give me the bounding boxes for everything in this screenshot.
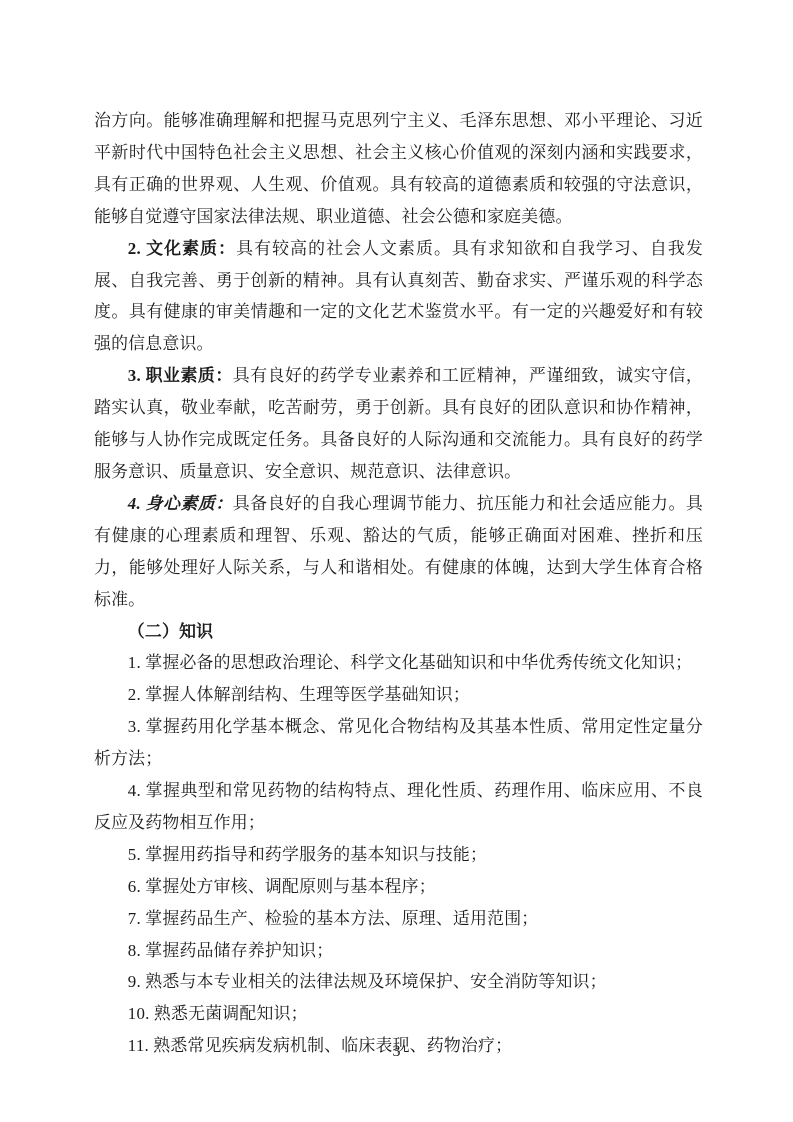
knowledge-item: 8. 掌握药品储存养护知识； [94,935,703,967]
knowledge-item: 5. 掌握用药指导和药学服务的基本知识与技能； [94,839,703,871]
paragraph-text: 治方向。能够准确理解和把握马克思列宁主义、毛泽东思想、邓小平理论、习近平新时代中… [94,111,703,226]
paragraph-lead: 2. 文化素质： [128,239,236,258]
paragraph-political-quality-continued: 治方向。能够准确理解和把握马克思列宁主义、毛泽东思想、邓小平理论、习近平新时代中… [94,105,703,233]
knowledge-item: 3. 掌握药用化学基本概念、常见化合物结构及其基本性质、常用定性定量分析方法； [94,711,703,775]
knowledge-item: 2. 掌握人体解剖结构、生理等医学基础知识； [94,679,703,711]
document-page: 治方向。能够准确理解和把握马克思列宁主义、毛泽东思想、邓小平理论、习近平新时代中… [0,0,793,1122]
knowledge-item: 1. 掌握必备的思想政治理论、科学文化基础知识和中华优秀传统文化知识； [94,647,703,679]
document-body: 治方向。能够准确理解和把握马克思列宁主义、毛泽东思想、邓小平理论、习近平新时代中… [94,105,703,1062]
section-heading-knowledge: （二）知识 [94,616,703,648]
paragraph-lead: 4. 身心素质： [128,494,233,513]
knowledge-item: 9. 熟悉与本专业相关的法律法规及环境保护、安全消防等知识； [94,966,703,998]
knowledge-item: 7. 掌握药品生产、检验的基本方法、原理、适用范围； [94,903,703,935]
paragraph-professional-quality: 3. 职业素质：具有良好的药学专业素养和工匠精神，严谨细致，诚实守信，踏实认真，… [94,360,703,488]
paragraph-physical-mental-quality: 4. 身心素质：具备良好的自我心理调节能力、抗压能力和社会适应能力。具有健康的心… [94,488,703,616]
page-number: 3 [0,1042,793,1062]
knowledge-item: 10. 熟悉无菌调配知识； [94,998,703,1030]
paragraph-cultural-quality: 2. 文化素质：具有较高的社会人文素质。具有求知欲和自我学习、自我发展、自我完善… [94,233,703,361]
knowledge-item: 6. 掌握处方审核、调配原则与基本程序； [94,871,703,903]
paragraph-lead: 3. 职业素质： [128,366,233,385]
knowledge-item: 4. 掌握典型和常见药物的结构特点、理化性质、药理作用、临床应用、不良反应及药物… [94,775,703,839]
